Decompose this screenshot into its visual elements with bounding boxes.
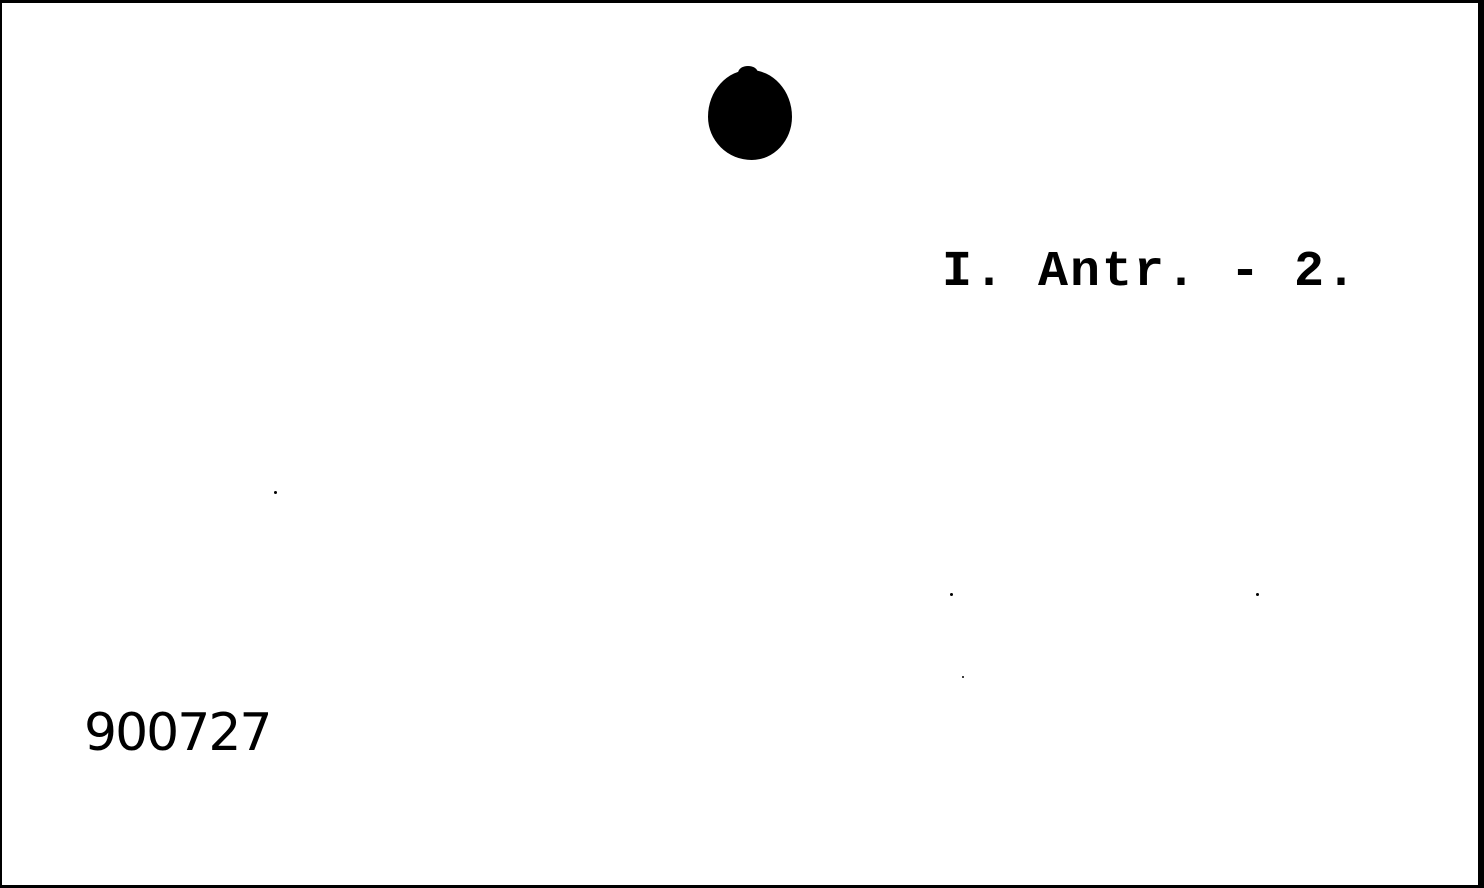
- scan-speck: [274, 491, 277, 494]
- scan-speck: [950, 593, 953, 596]
- scan-speck: [962, 676, 964, 678]
- scan-border-right: [1478, 0, 1484, 888]
- punch-hole: [708, 70, 792, 160]
- scan-speck: [1256, 593, 1259, 596]
- card-number: 900727: [84, 703, 271, 763]
- index-card: I. Antr. - 2. 900727: [2, 3, 1478, 885]
- card-heading: I. Antr. - 2.: [942, 243, 1358, 303]
